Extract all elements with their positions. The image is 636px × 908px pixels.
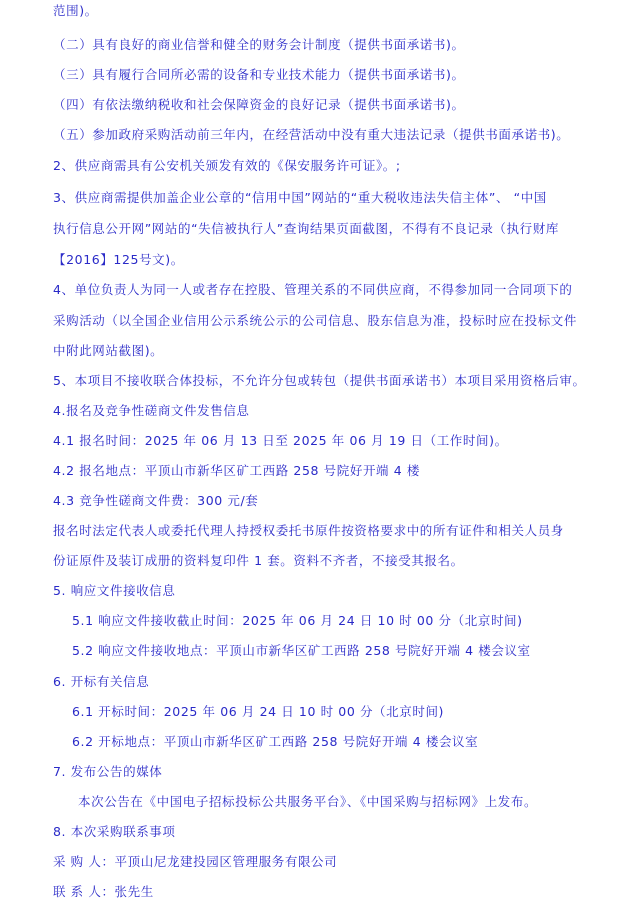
response-deadline: 5.1 响应文件接收截止时间：2025 年 06 月 24 日 10 时 00 …: [72, 613, 523, 629]
requirement-3-line-2: 执行信息公开网”网站的“失信被执行人”查询结果页面截图，不得有不良记录（执行财库: [53, 221, 559, 237]
requirement-4-line-1: 4、单位负责人为同一人或者存在控股、管理关系的不同供应商，不得参加同一合同项下的: [53, 282, 572, 298]
document-fee: 4.3 竞争性磋商文件费：300 元/套: [53, 493, 258, 509]
section-7-heading: 7. 发布公告的媒体: [53, 764, 162, 780]
requirement-3-line-1: 3、供应商需提供加盖企业公章的“信用中国”网站的“重大税收违法失信主体”、 “中…: [53, 190, 547, 206]
registration-location: 4.2 报名地点：平顶山市新华区矿工西路 258 号院好开端 4 楼: [53, 463, 420, 479]
qualification-item-4: （四）有依法缴纳税收和社会保障资金的良好记录（提供书面承诺书)。: [53, 97, 465, 113]
section-5-heading: 5. 响应文件接收信息: [53, 583, 176, 599]
requirement-2: 2、供应商需具有公安机关颁发有效的《保安服务许可证》。;: [53, 158, 401, 174]
text-line: 范围)。: [53, 3, 98, 19]
qualification-item-3: （三）具有履行合同所必需的设备和专业技术能力（提供书面承诺书)。: [53, 67, 465, 83]
section-6-heading: 6. 开标有关信息: [53, 674, 149, 690]
qualification-item-2: （二）具有良好的商业信誉和健全的财务会计制度（提供书面承诺书)。: [53, 37, 465, 53]
registration-time: 4.1 报名时间：2025 年 06 月 13 日至 2025 年 06 月 1…: [53, 433, 508, 449]
publication-media: 本次公告在《中国电子招标投标公共服务平台》、《中国采购与招标网》上发布。: [78, 794, 537, 810]
response-location: 5.2 响应文件接收地点：平顶山市新华区矿工西路 258 号院好开端 4 楼会议…: [72, 643, 531, 659]
requirement-3-line-3: 【2016】125号文)。: [53, 252, 184, 268]
registration-note-line-2: 份证原件及装订成册的资料复印件 1 套。资料不齐者，不接受其报名。: [53, 553, 464, 569]
opening-location: 6.2 开标地点：平顶山市新华区矿工西路 258 号院好开端 4 楼会议室: [72, 734, 478, 750]
requirement-5: 5、本项目不接收联合体投标，不允许分包或转包（提供书面承诺书）本项目采用资格后审…: [53, 373, 586, 389]
registration-note-line-1: 报名时法定代表人或委托代理人持授权委托书原件按资格要求中的所有证件和相关人员身: [53, 523, 564, 539]
contact-person: 联 系 人：张先生: [53, 884, 154, 900]
qualification-item-5: （五）参加政府采购活动前三年内，在经营活动中没有重大违法记录（提供书面承诺书)。: [53, 127, 569, 143]
purchaser: 采 购 人：平顶山尼龙建投园区管理服务有限公司: [53, 854, 337, 870]
requirement-4-line-3: 中附此网站截图)。: [53, 343, 163, 359]
opening-time: 6.1 开标时间：2025 年 06 月 24 日 10 时 00 分（北京时间…: [72, 704, 444, 720]
section-4-heading: 4.报名及竞争性磋商文件发售信息: [53, 403, 250, 419]
section-8-heading: 8. 本次采购联系事项: [53, 824, 176, 840]
requirement-4-line-2: 采购活动（以全国企业信用公示系统公示的公司信息、股东信息为准，投标时应在投标文件: [53, 313, 577, 329]
